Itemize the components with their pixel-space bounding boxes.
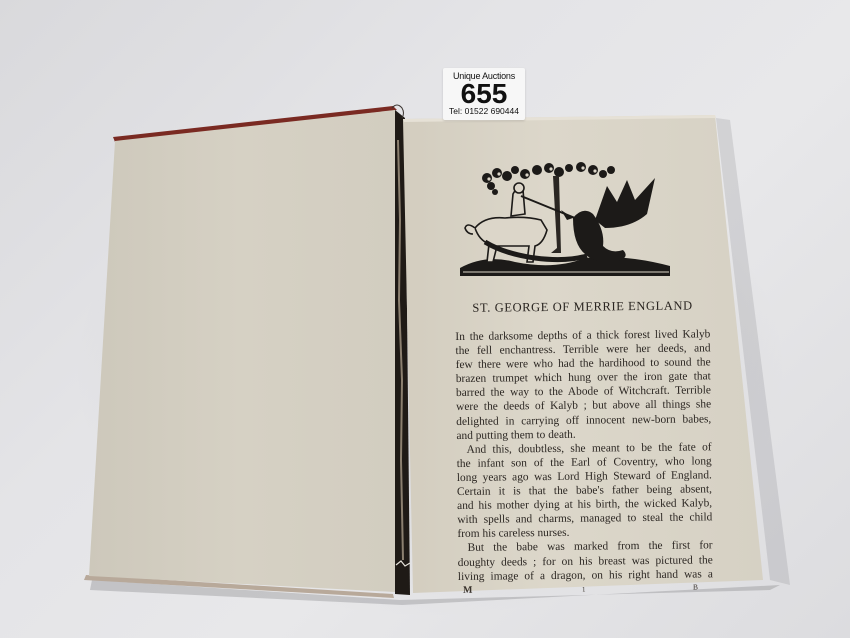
lot-number: 655 [443,80,525,107]
paragraph-3: But the babe was marked from the first f… [458,539,713,584]
open-book [0,0,850,638]
signature-letter: B [693,582,698,591]
chapter-title: ST. GEORGE OF MERRIE ENGLAND [455,298,710,316]
page-footer: M 1 B [458,582,713,599]
right-page-text: ST. GEORGE OF MERRIE ENGLAND In the dark… [455,298,713,598]
paragraph-2: And this, doubtless, she meant to be the… [456,440,712,541]
paragraph-1: In the darksome depths of a thick forest… [455,327,711,442]
photo-scene: Unique Auctions 655 Tel: 01522 690444 ST… [0,0,850,638]
text-line: living image of a dragon, on his right h… [458,567,713,584]
text-line: delighted in carrying off innocent new-b… [456,412,711,429]
signature-mark: M [463,585,473,596]
left-endpaper [89,110,395,592]
page-number: 1 [582,585,586,593]
st-george-dragon-illustration [455,158,677,283]
auction-lot-label: Unique Auctions 655 Tel: 01522 690444 [443,68,525,120]
auction-telephone: Tel: 01522 690444 [443,106,525,116]
